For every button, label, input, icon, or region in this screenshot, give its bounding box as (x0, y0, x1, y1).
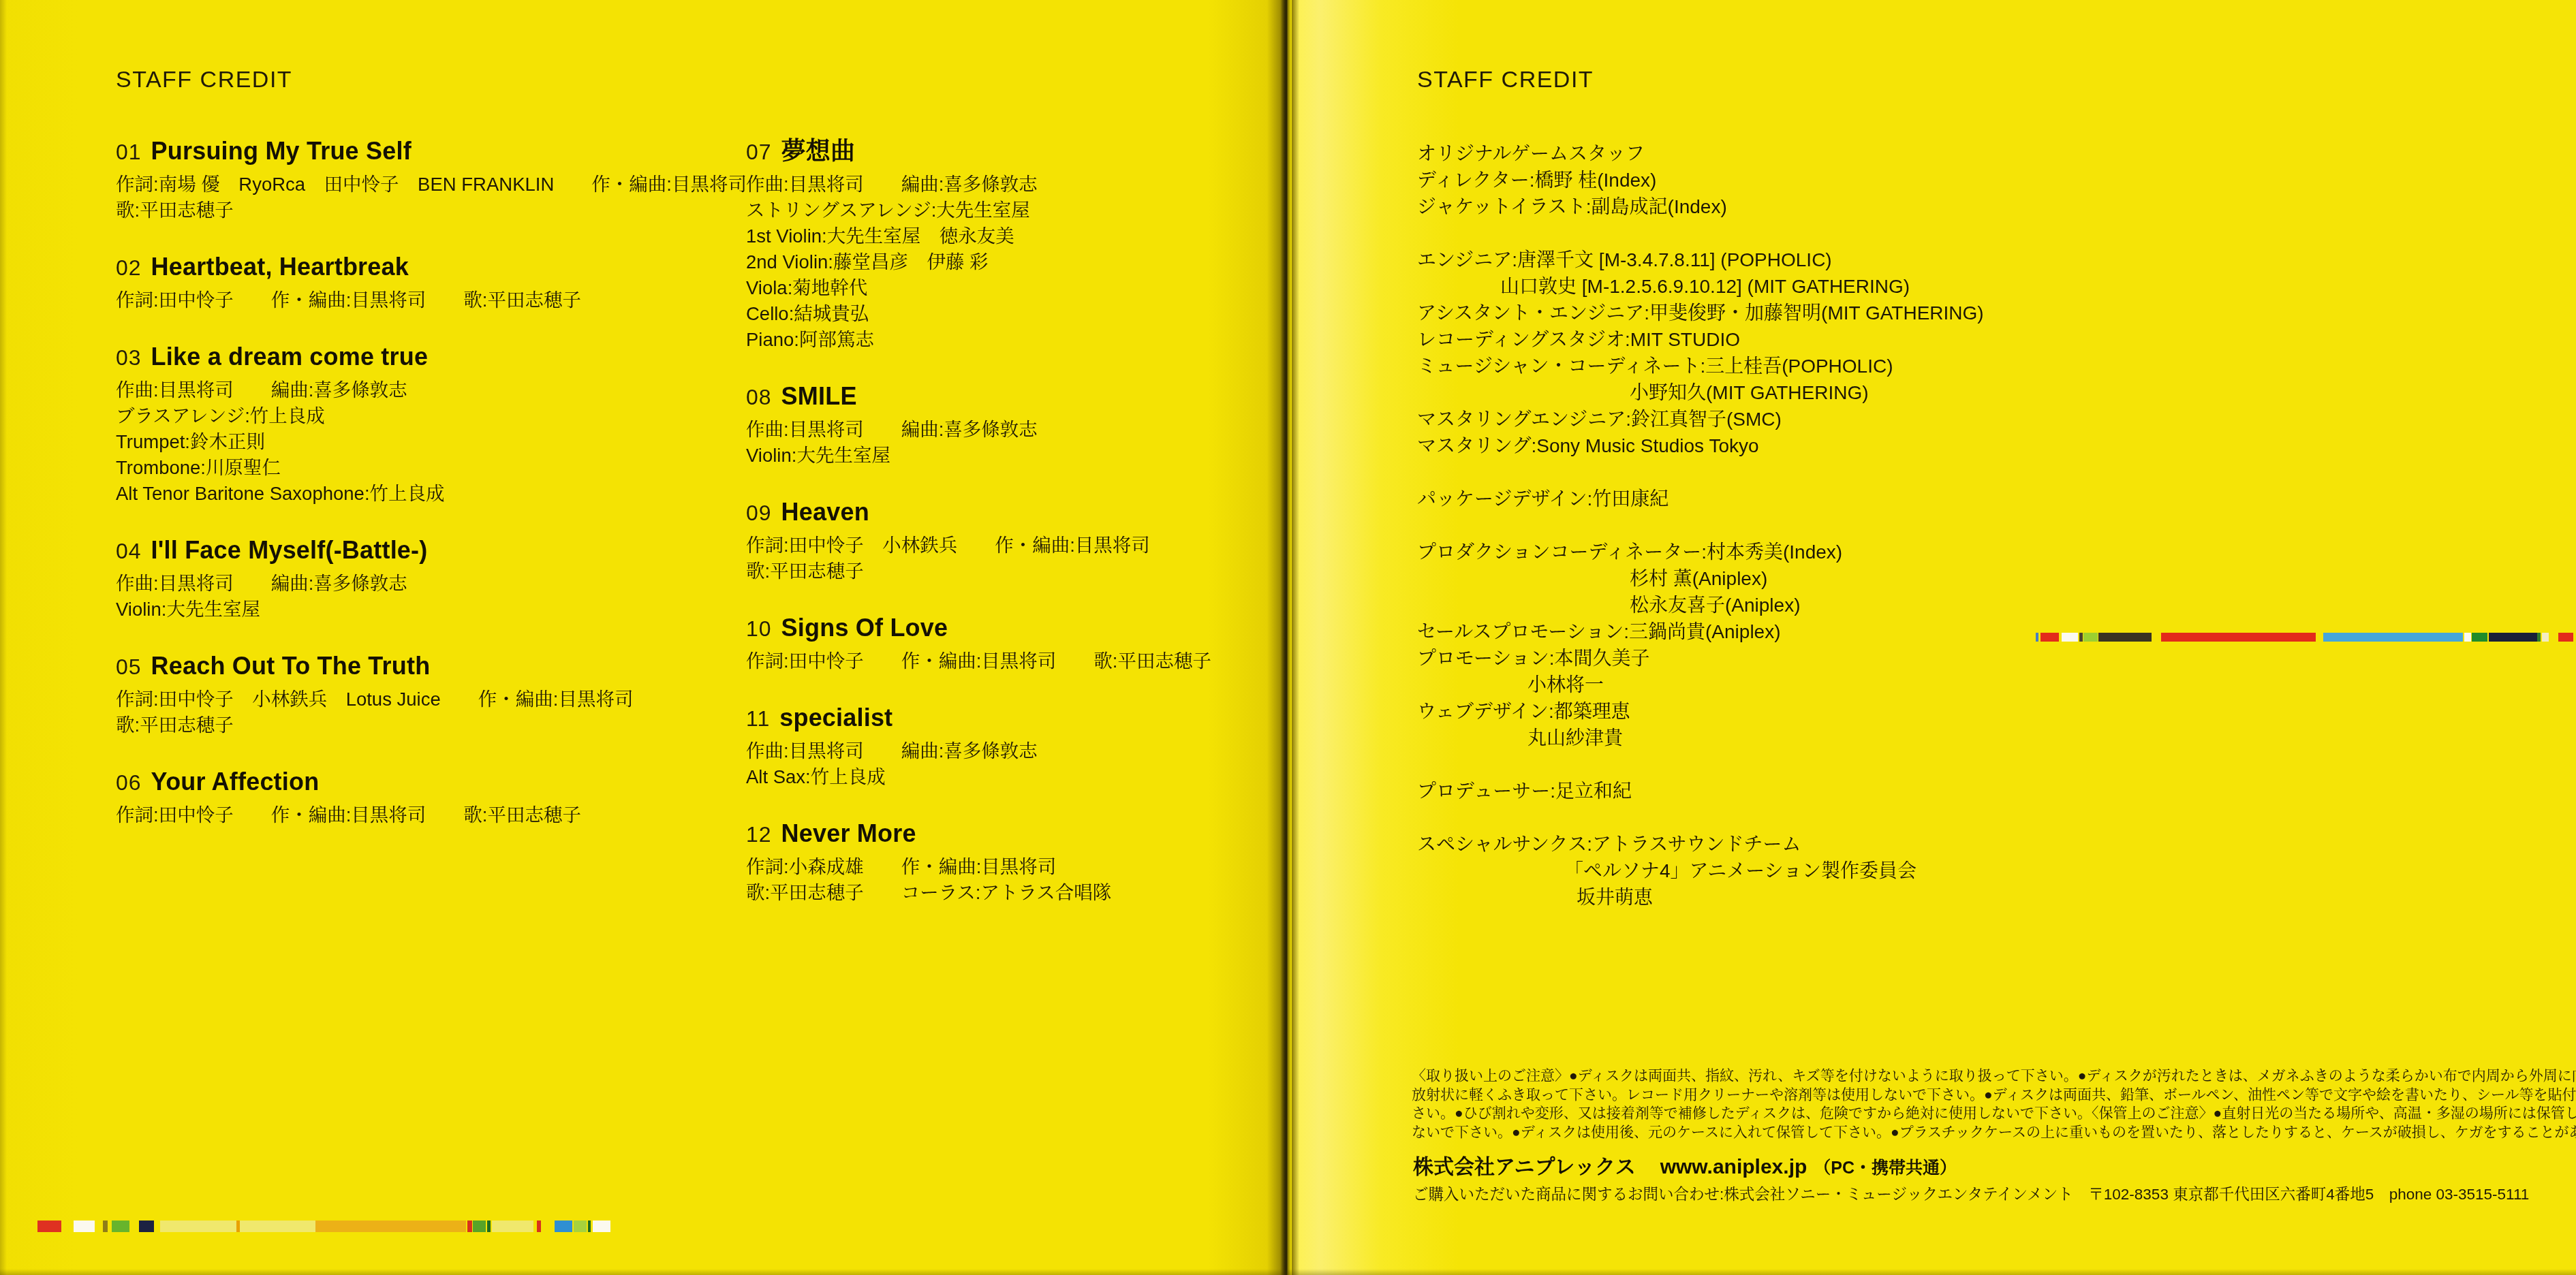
track-credit-line: Violin:大先生室屋 (746, 443, 1277, 469)
track-number: 11 (746, 706, 770, 731)
track-title: Your Affection (151, 768, 320, 796)
track-number: 12 (746, 822, 772, 847)
track-07-head: 07夢想曲 (746, 136, 1277, 172)
track-07: 07夢想曲作曲:目黒将司 編曲:喜多條敦志ストリングスアレンジ:大先生室屋1st… (746, 136, 1277, 353)
track-title: 夢想曲 (781, 137, 856, 165)
credit-group-1: オリジナルゲームスタッフディレクター:橋野 桂(Index)ジャケットイラスト:… (1417, 140, 1984, 220)
credit-line: ディレクター:橋野 桂(Index) (1417, 167, 1984, 193)
track-credit-line: Violin:大先生室屋 (116, 597, 743, 623)
bar-segment (139, 1221, 154, 1232)
track-12-head: 12Never More (746, 818, 1277, 854)
track-credit-line: 作詞:田中怜子 作・編曲:目黒将司 歌:平田志穂子 (116, 802, 743, 828)
track-08: 08SMILE作曲:目黒将司 編曲:喜多條敦志Violin:大先生室屋 (746, 381, 1277, 469)
track-number: 03 (116, 345, 142, 370)
track-title: Signs Of Love (781, 614, 948, 642)
track-12: 12Never More作詞:小森成雄 作・編曲:目黒将司歌:平田志穂子 コーラ… (746, 818, 1277, 906)
track-credits-column-1: 01Pursuing My True Self作詞:南場 優 RyoRca 田中… (116, 136, 743, 856)
track-title: Reach Out To The Truth (151, 652, 431, 680)
credit-line: エンジニア:唐澤千文 [M-3.4.7.8.11] (POPHOLIC) (1417, 247, 1984, 273)
track-01-head: 01Pursuing My True Self (116, 136, 743, 172)
track-credit-line: 作曲:目黒将司 編曲:喜多條敦志 (116, 377, 743, 403)
track-credit-line: Alt Tenor Baritone Saxophone:竹上良成 (116, 481, 743, 507)
credit-line: 松永友喜子(Aniplex) (1417, 592, 1984, 618)
bar-segment (315, 1221, 466, 1232)
track-credit-line: 歌:平田志穂子 (116, 198, 743, 223)
print-color-calibration-bar-right (2036, 633, 2573, 642)
bar-segment (2323, 633, 2463, 642)
track-number: 10 (746, 616, 772, 641)
track-title: specialist (779, 704, 893, 731)
track-credit-line: 作詞:田中怜子 作・編曲:目黒将司 歌:平田志穂子 (116, 287, 743, 313)
notice-line: ないで下さい。●ディスクは使用後、元のケースに入れて保管して下さい。●プラスチッ… (1412, 1123, 2570, 1142)
track-credit-line: 作曲:目黒将司 編曲:喜多條敦志 (116, 571, 743, 597)
bar-segment (61, 1221, 74, 1232)
track-credit-line: Trumpet:鈴木正則 (116, 429, 743, 455)
bar-segment (2464, 633, 2471, 642)
track-06: 06Your Affection作詞:田中怜子 作・編曲:目黒将司 歌:平田志穂… (116, 766, 743, 828)
bar-segment (492, 1221, 533, 1232)
handling-notice-paragraph: 〈取り扱い上のご注意〉●ディスクは両面共、指紋、汚れ、キズ等を付けないように取り… (1412, 1067, 2570, 1142)
track-03: 03Like a dream come true作曲:目黒将司 編曲:喜多條敦志… (116, 341, 743, 507)
credit-line: マスタリングエンジニア:鈴江真智子(SMC) (1417, 406, 1984, 432)
track-credit-line: Alt Sax:竹上良成 (746, 764, 1277, 790)
bar-segment (2083, 633, 2098, 642)
credit-line: 杉村 薫(Aniplex) (1417, 565, 1984, 592)
track-number: 02 (116, 255, 142, 280)
credit-group-6: スペシャルサンクス:アトラスサウンドチーム「ペルソナ4」アニメーション製作委員会… (1417, 831, 1984, 911)
track-credit-line: Piano:阿部篤志 (746, 327, 1277, 353)
contact-line: ご購入いただいた商品に関するお問い合わせ:株式会社ソニー・ミュージックエンタテイ… (1413, 1182, 2529, 1204)
bar-segment (593, 1221, 610, 1232)
track-title: Pursuing My True Self (151, 137, 412, 165)
bar-segment (2542, 633, 2549, 642)
bar-segment (2161, 633, 2316, 642)
track-credit-line: ストリングスアレンジ:大先生室屋 (746, 198, 1277, 223)
track-title: I'll Face Myself(-Battle-) (151, 536, 428, 564)
track-title: Like a dream come true (151, 343, 429, 371)
bar-segment (2472, 633, 2487, 642)
track-number: 09 (746, 501, 772, 525)
track-title: Never More (781, 819, 916, 847)
track-credit-line: Trombone:川原聖仁 (116, 455, 743, 481)
bar-segment (2549, 633, 2558, 642)
track-number: 06 (116, 770, 142, 795)
credit-line: セールスプロモーション:三鍋尚貴(Aniplex) (1417, 618, 1984, 645)
track-credit-line: 歌:平田志穂子 コーラス:アトラス合唱隊 (746, 880, 1277, 906)
track-08-head: 08SMILE (746, 381, 1277, 417)
track-credit-line: 作詞:田中怜子 小林鉄兵 Lotus Juice 作・編曲:目黒将司 (116, 687, 743, 712)
track-credit-line: 作曲:目黒将司 編曲:喜多條敦志 (746, 738, 1277, 764)
company-url: www.aniplex.jp (1660, 1156, 1807, 1178)
credit-line: 山口敦史 [M-1.2.5.6.9.10.12] (MIT GATHERING) (1417, 273, 1984, 300)
credit-line: ジャケットイラスト:副島成記(Index) (1417, 193, 1984, 220)
track-credit-line: 歌:平田志穂子 (116, 712, 743, 738)
bar-segment (2489, 633, 2537, 642)
scan-edge-shadow-bottom (0, 1269, 2576, 1275)
track-number: 01 (116, 140, 142, 164)
track-11: 11specialist作曲:目黒将司 編曲:喜多條敦志Alt Sax:竹上良成 (746, 702, 1277, 790)
track-credit-line: ブラスアレンジ:竹上良成 (116, 403, 743, 429)
credit-group-2: エンジニア:唐澤千文 [M-3.4.7.8.11] (POPHOLIC)山口敦史… (1417, 247, 1984, 459)
company-name: 株式会社アニプレックス (1413, 1156, 1636, 1178)
track-02: 02Heartbeat, Heartbreak作詞:田中怜子 作・編曲:目黒将司… (116, 251, 743, 313)
bar-segment (473, 1221, 486, 1232)
bar-segment (2098, 633, 2152, 642)
credit-line: ミュージシャン・コーディネート:三上桂吾(POPHOLIC) (1417, 353, 1984, 379)
track-06-head: 06Your Affection (116, 766, 743, 802)
company-line: 株式会社アニプレックスwww.aniplex.jp（PC・携帯共通） (1413, 1150, 1957, 1180)
track-credit-line: 作詞:田中怜子 小林鉄兵 作・編曲:目黒将司 (746, 533, 1277, 558)
track-credit-line: 作詞:小森成雄 作・編曲:目黒将司 (746, 854, 1277, 880)
track-title: SMILE (781, 382, 857, 410)
credit-group-3: パッケージデザイン:竹田康紀 (1417, 486, 1984, 512)
credit-line: レコーディングスタジオ:MIT STUDIO (1417, 326, 1984, 353)
track-credit-line: 作詞:田中怜子 作・編曲:目黒将司 歌:平田志穂子 (746, 648, 1277, 674)
track-04-head: 04I'll Face Myself(-Battle-) (116, 535, 743, 571)
notice-line: さい。●ひび割れや変形、又は接着剤等で補修したディスクは、危険ですから絶対に使用… (1412, 1104, 2570, 1123)
bar-segment (2316, 633, 2323, 642)
bar-segment (2558, 633, 2573, 642)
game-staff-credits: オリジナルゲームスタッフディレクター:橋野 桂(Index)ジャケットイラスト:… (1417, 140, 1984, 937)
scan-edge-shadow-left (0, 0, 7, 1275)
credit-group-5: プロデューサー:足立和紀 (1417, 778, 1984, 804)
bar-segment (574, 1221, 587, 1232)
bar-segment (240, 1221, 315, 1232)
bar-segment (467, 1221, 472, 1232)
track-credit-line: Cello:結城貴弘 (746, 301, 1277, 327)
credit-line: ウェブデザイン:都築理恵 (1417, 698, 1984, 725)
credit-line: プロダクションコーディネーター:村本秀美(Index) (1417, 539, 1984, 565)
staff-credit-heading-left: STAFF CREDIT (116, 67, 292, 93)
company-url-note: （PC・携帯共通） (1814, 1159, 1957, 1178)
track-number: 05 (116, 655, 142, 679)
track-11-head: 11specialist (746, 702, 1277, 738)
credit-line: 丸山紗津貴 (1417, 725, 1984, 751)
bar-segment (2040, 633, 2059, 642)
track-04: 04I'll Face Myself(-Battle-)作曲:目黒将司 編曲:喜… (116, 535, 743, 623)
bar-segment (2062, 633, 2078, 642)
booklet-spread: STAFF CREDIT STAFF CREDIT 01Pursuing My … (0, 0, 2576, 1275)
track-credits-column-2: 07夢想曲作曲:目黒将司 編曲:喜多條敦志ストリングスアレンジ:大先生室屋1st… (746, 136, 1277, 934)
credit-line: スペシャルサンクス:アトラスサウンドチーム (1417, 831, 1984, 857)
bar-segment (112, 1221, 129, 1232)
track-01: 01Pursuing My True Self作詞:南場 優 RyoRca 田中… (116, 136, 743, 223)
bar-segment (154, 1221, 160, 1232)
track-10-head: 10Signs Of Love (746, 612, 1277, 648)
track-03-head: 03Like a dream come true (116, 341, 743, 377)
bar-segment (103, 1221, 108, 1232)
track-credit-line: 作曲:目黒将司 編曲:喜多條敦志 (746, 417, 1277, 443)
credit-line: 坂井萌恵 (1417, 884, 1984, 911)
credit-line: パッケージデザイン:竹田康紀 (1417, 486, 1984, 512)
credit-line: プロデューサー:足立和紀 (1417, 778, 1984, 804)
bar-segment (129, 1221, 139, 1232)
track-number: 08 (746, 385, 772, 409)
bar-segment (555, 1221, 572, 1232)
credit-line: 小野知久(MIT GATHERING) (1417, 379, 1984, 406)
credit-line: プロモーション:本間久美子 (1417, 645, 1984, 672)
track-09-head: 09Heaven (746, 497, 1277, 533)
credit-line: アシスタント・エンジニア:甲斐俊野・加藤智明(MIT GATHERING) (1417, 300, 1984, 326)
credit-line: オリジナルゲームスタッフ (1417, 140, 1984, 167)
track-number: 07 (746, 140, 772, 164)
track-09: 09Heaven作詞:田中怜子 小林鉄兵 作・編曲:目黒将司歌:平田志穂子 (746, 497, 1277, 584)
track-05-head: 05Reach Out To The Truth (116, 650, 743, 687)
bar-segment (37, 1221, 61, 1232)
print-color-calibration-bar-left (37, 1221, 610, 1232)
track-credit-line: 作詞:南場 優 RyoRca 田中怜子 BEN FRANKLIN 作・編曲:目黒… (116, 172, 743, 198)
bar-segment (95, 1221, 103, 1232)
page-fold-gutter (1280, 0, 1292, 1275)
track-credit-line: 2nd Violin:藤堂昌彦 伊藤 彩 (746, 249, 1277, 275)
staff-credit-heading-right: STAFF CREDIT (1417, 67, 1594, 93)
bar-segment (541, 1221, 555, 1232)
notice-line: 放射状に軽くふき取って下さい。レコード用クリーナーや溶剤等は使用しないで下さい。… (1412, 1086, 2570, 1105)
bar-segment (160, 1221, 236, 1232)
credit-line: 小林将一 (1417, 672, 1984, 698)
bar-segment (2152, 633, 2161, 642)
credit-line: 「ペルソナ4」アニメーション製作委員会 (1417, 857, 1984, 884)
track-credit-line: 1st Violin:大先生室屋 徳永友美 (746, 223, 1277, 249)
credit-group-4: プロダクションコーディネーター:村本秀美(Index)杉村 薫(Aniplex)… (1417, 539, 1984, 751)
track-credit-line: Viola:菊地幹代 (746, 275, 1277, 301)
notice-line: 〈取り扱い上のご注意〉●ディスクは両面共、指紋、汚れ、キズ等を付けないように取り… (1412, 1067, 2570, 1086)
track-title: Heaven (781, 498, 869, 526)
track-02-head: 02Heartbeat, Heartbreak (116, 251, 743, 287)
bar-segment (74, 1221, 95, 1232)
track-title: Heartbeat, Heartbreak (151, 253, 409, 281)
track-05: 05Reach Out To The Truth作詞:田中怜子 小林鉄兵 Lot… (116, 650, 743, 738)
track-credit-line: 歌:平田志穂子 (746, 558, 1277, 584)
credit-line: マスタリング:Sony Music Studios Tokyo (1417, 432, 1984, 459)
track-number: 04 (116, 539, 142, 563)
track-credit-line: 作曲:目黒将司 編曲:喜多條敦志 (746, 172, 1277, 198)
track-10: 10Signs Of Love作詞:田中怜子 作・編曲:目黒将司 歌:平田志穂子 (746, 612, 1277, 674)
